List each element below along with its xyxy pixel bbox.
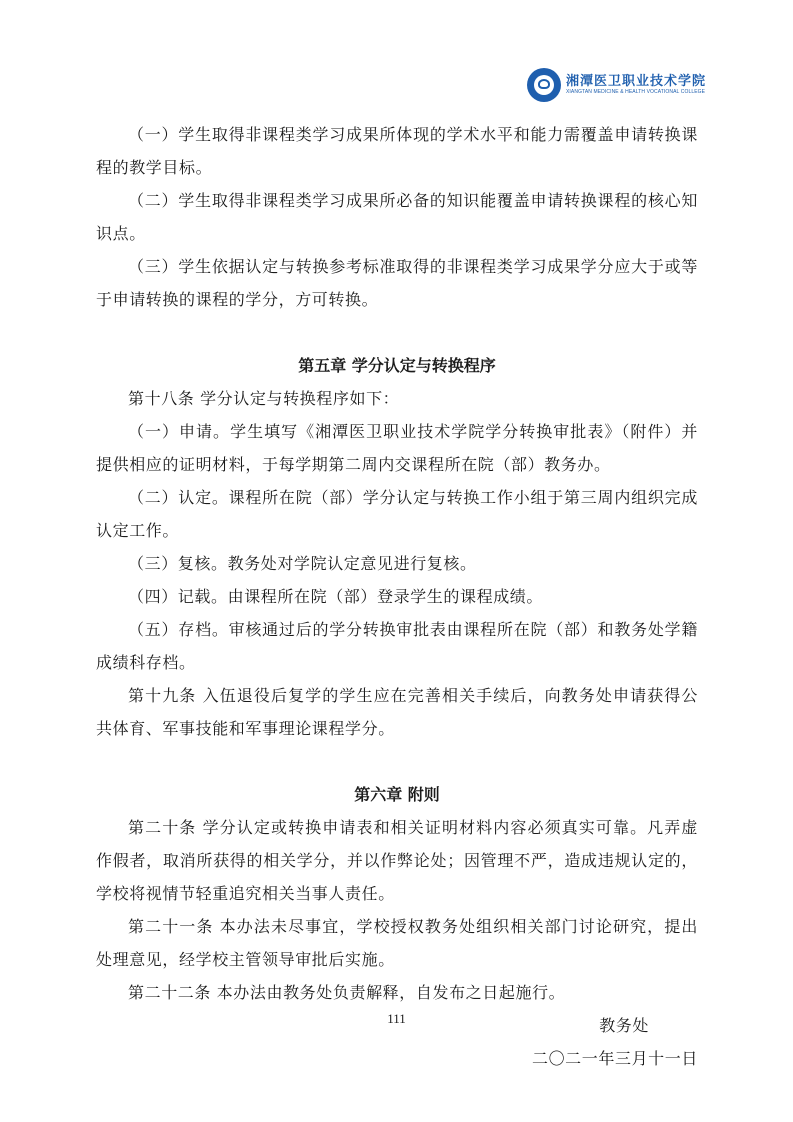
signature-date: 二〇二一年三月十一日	[96, 1042, 698, 1075]
spacer	[96, 745, 698, 778]
college-emblem-icon	[527, 68, 561, 102]
article-21: 第二十一条 本办法未尽事宜，学校授权教务处组织相关部门讨论研究，提出处理意见，经…	[96, 910, 698, 976]
logo-english-name: XIANGTAN MEDICINE & HEALTH VOCATIONAL CO…	[566, 89, 706, 96]
article-20: 第二十条 学分认定或转换申请表和相关证明材料内容必须真实可靠。凡弄虚作假者，取消…	[96, 811, 698, 910]
chapter-6-heading: 第六章 附则	[96, 778, 698, 811]
logo-chinese-name: 湘潭医卫职业技术学院	[566, 74, 706, 89]
chapter-5-heading: 第五章 学分认定与转换程序	[96, 349, 698, 382]
document-body: （一）学生取得非课程类学习成果所体现的学术水平和能力需覆盖申请转换课程的教学目标…	[96, 118, 698, 1075]
paragraph-condition-2: （二）学生取得非课程类学习成果所必备的知识能覆盖申请转换课程的核心知识点。	[96, 184, 698, 250]
spacer	[96, 316, 698, 349]
article-22: 第二十二条 本办法由教务处负责解释，自发布之日起施行。	[96, 976, 698, 1009]
paragraph-condition-1: （一）学生取得非课程类学习成果所体现的学术水平和能力需覆盖申请转换课程的教学目标…	[96, 118, 698, 184]
paragraph-condition-3: （三）学生依据认定与转换参考标准取得的非课程类学习成果学分应大于或等于申请转换的…	[96, 250, 698, 316]
article-18-step-record: （四）记载。由课程所在院（部）登录学生的课程成绩。	[96, 580, 698, 613]
page-number: 111	[0, 1011, 793, 1027]
article-18-step-recognize: （二）认定。课程所在院（部）学分认定与转换工作小组于第三周内组织完成认定工作。	[96, 481, 698, 547]
logo-text: 湘潭医卫职业技术学院 XIANGTAN MEDICINE & HEALTH VO…	[566, 74, 706, 96]
article-18: 第十八条 学分认定与转换程序如下：	[96, 382, 698, 415]
article-18-step-review: （三）复核。教务处对学院认定意见进行复核。	[96, 547, 698, 580]
article-18-step-apply: （一）申请。学生填写《湘潭医卫职业技术学院学分转换审批表》（附件）并提供相应的证…	[96, 415, 698, 481]
article-18-step-archive: （五）存档。审核通过后的学分转换审批表由课程所在院（部）和教务处学籍成绩科存档。	[96, 613, 698, 679]
college-logo: 湘潭医卫职业技术学院 XIANGTAN MEDICINE & HEALTH VO…	[527, 67, 707, 103]
article-19: 第十九条 入伍退役后复学的学生应在完善相关手续后，向教务处申请获得公共体育、军事…	[96, 679, 698, 745]
